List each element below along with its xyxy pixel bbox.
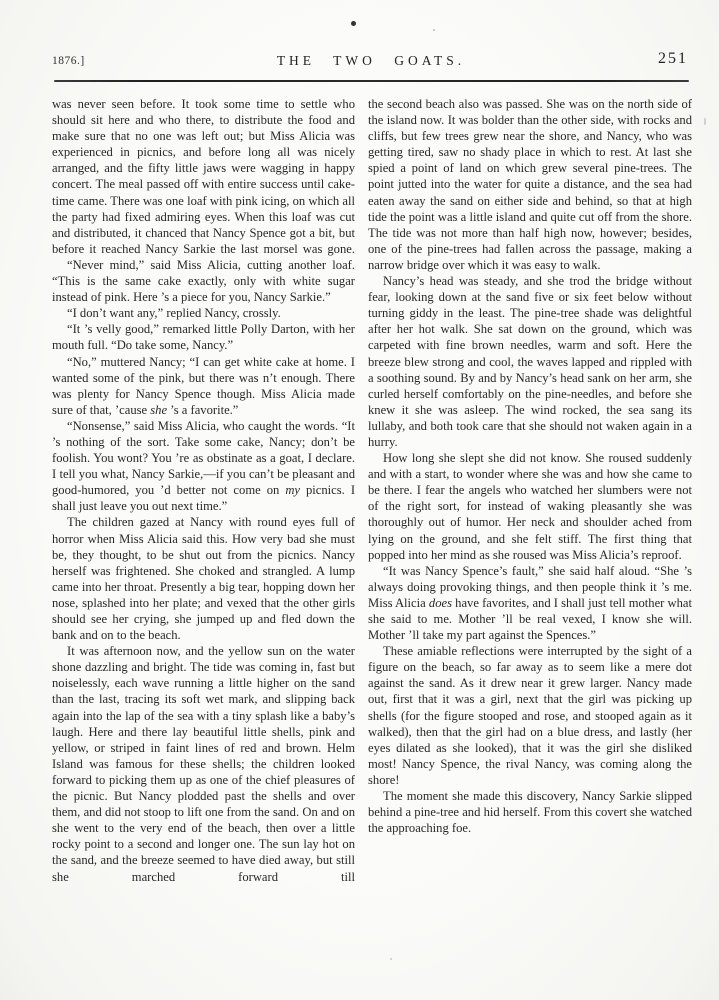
paragraph: It was afternoon now, and the yellow sun… <box>52 643 355 884</box>
book-page-scan: 1876.] THE TWO GOATS. 251 was never seen… <box>0 0 719 1000</box>
text-columns: was never seen before. It took some time… <box>52 96 692 984</box>
ink-speck <box>351 21 356 26</box>
paragraph: the second beach also was passed. She wa… <box>368 96 692 273</box>
paragraph: How long she slept she did not know. She… <box>368 450 692 563</box>
text-column-right: the second beach also was passed. She wa… <box>368 96 692 984</box>
paragraph: “No,” muttered Nancy; “I can get white c… <box>52 354 355 418</box>
paragraph: “Never mind,” said Miss Alicia, cutting … <box>52 257 355 305</box>
header-rule <box>54 80 689 82</box>
page-number: 251 <box>658 50 688 68</box>
text-column-left: was never seen before. It took some time… <box>52 96 355 984</box>
ink-speck <box>433 29 435 31</box>
ink-speck <box>704 118 706 125</box>
paragraph: was never seen before. It took some time… <box>52 96 355 257</box>
page-header: 1876.] THE TWO GOATS. 251 <box>52 50 690 74</box>
paragraph: “I don’t want any,” replied Nancy, cross… <box>52 305 355 321</box>
paragraph: The children gazed at Nancy with round e… <box>52 514 355 643</box>
paragraph: “Nonsense,” said Miss Alicia, who caught… <box>52 418 355 515</box>
paragraph: These amiable reflections were interrupt… <box>368 643 692 788</box>
paragraph: “It ’s velly good,” remarked little Poll… <box>52 321 355 353</box>
running-title: THE TWO GOATS. <box>52 53 690 69</box>
paragraph: The moment she made this discovery, Nanc… <box>368 788 692 836</box>
paragraph: “It was Nancy Spence’s fault,” she said … <box>368 563 692 643</box>
paragraph: Nancy’s head was steady, and she trod th… <box>368 273 692 450</box>
